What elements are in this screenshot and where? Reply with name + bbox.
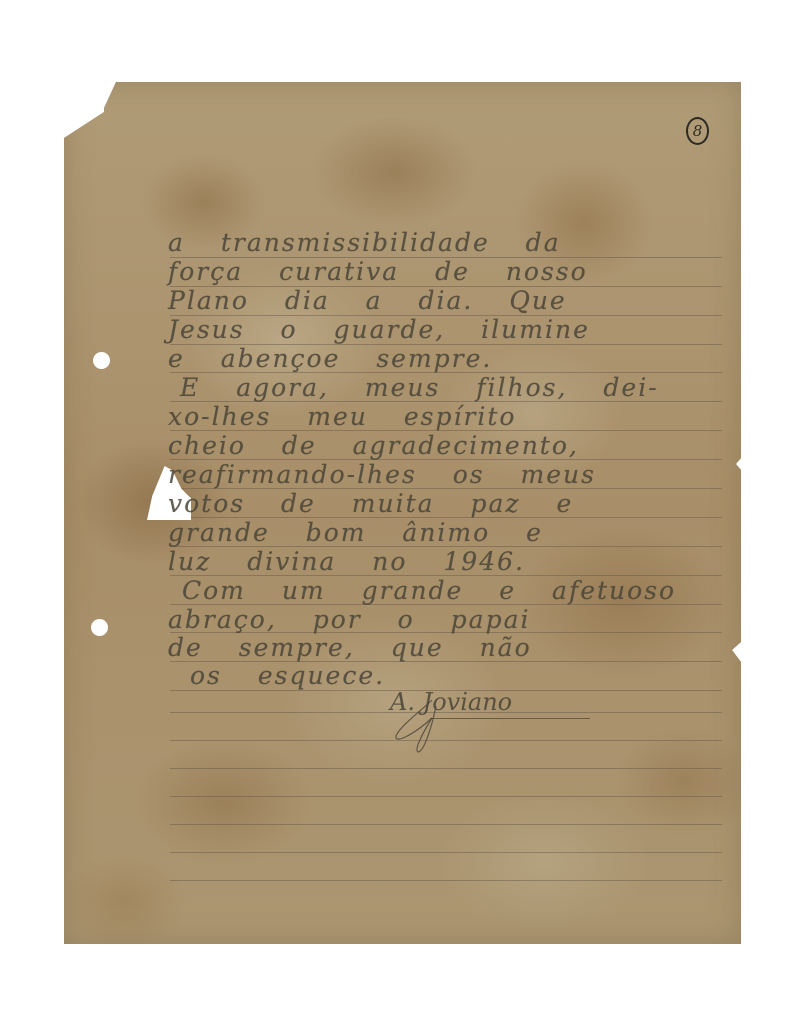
letter-line: a transmissibilidade da — [168, 228, 738, 257]
punch-hole-top — [93, 352, 110, 369]
ruled-line — [170, 796, 722, 797]
letter-line: os esquece. — [190, 661, 760, 690]
letter-line: força curativa de nosso — [168, 257, 738, 286]
ruled-line — [170, 852, 722, 853]
letter-line: Com um grande e afetuoso — [182, 576, 752, 605]
letter-line: E agora, meus filhos, dei- — [180, 373, 750, 402]
letter-line: e abençoe sempre. — [168, 344, 738, 373]
letter-line: cheio de agradecimento, — [168, 431, 738, 460]
letter-line: grande bom ânimo e — [168, 518, 738, 547]
signature-underline — [430, 718, 590, 719]
page-number: 8 — [686, 117, 709, 145]
ruled-line — [170, 768, 722, 769]
letter-line: de sempre, que não — [168, 633, 738, 662]
letter-line: reafirmando-lhes os meus — [168, 460, 738, 489]
ruled-line — [170, 880, 722, 881]
signature: A. Joviano — [390, 688, 512, 716]
ruled-line — [170, 824, 722, 825]
letter-line: abraço, por o papai — [168, 605, 738, 634]
letter-line: Plano dia a dia. Que — [168, 286, 738, 315]
letter-line: votos de muita paz e — [168, 489, 738, 518]
punch-hole-bottom — [91, 619, 108, 636]
letter-line: xo-lhes meu espírito — [168, 402, 738, 431]
letter-line: Jesus o guarde, ilumine — [168, 315, 738, 344]
letter-line: luz divina no 1946. — [168, 547, 738, 576]
